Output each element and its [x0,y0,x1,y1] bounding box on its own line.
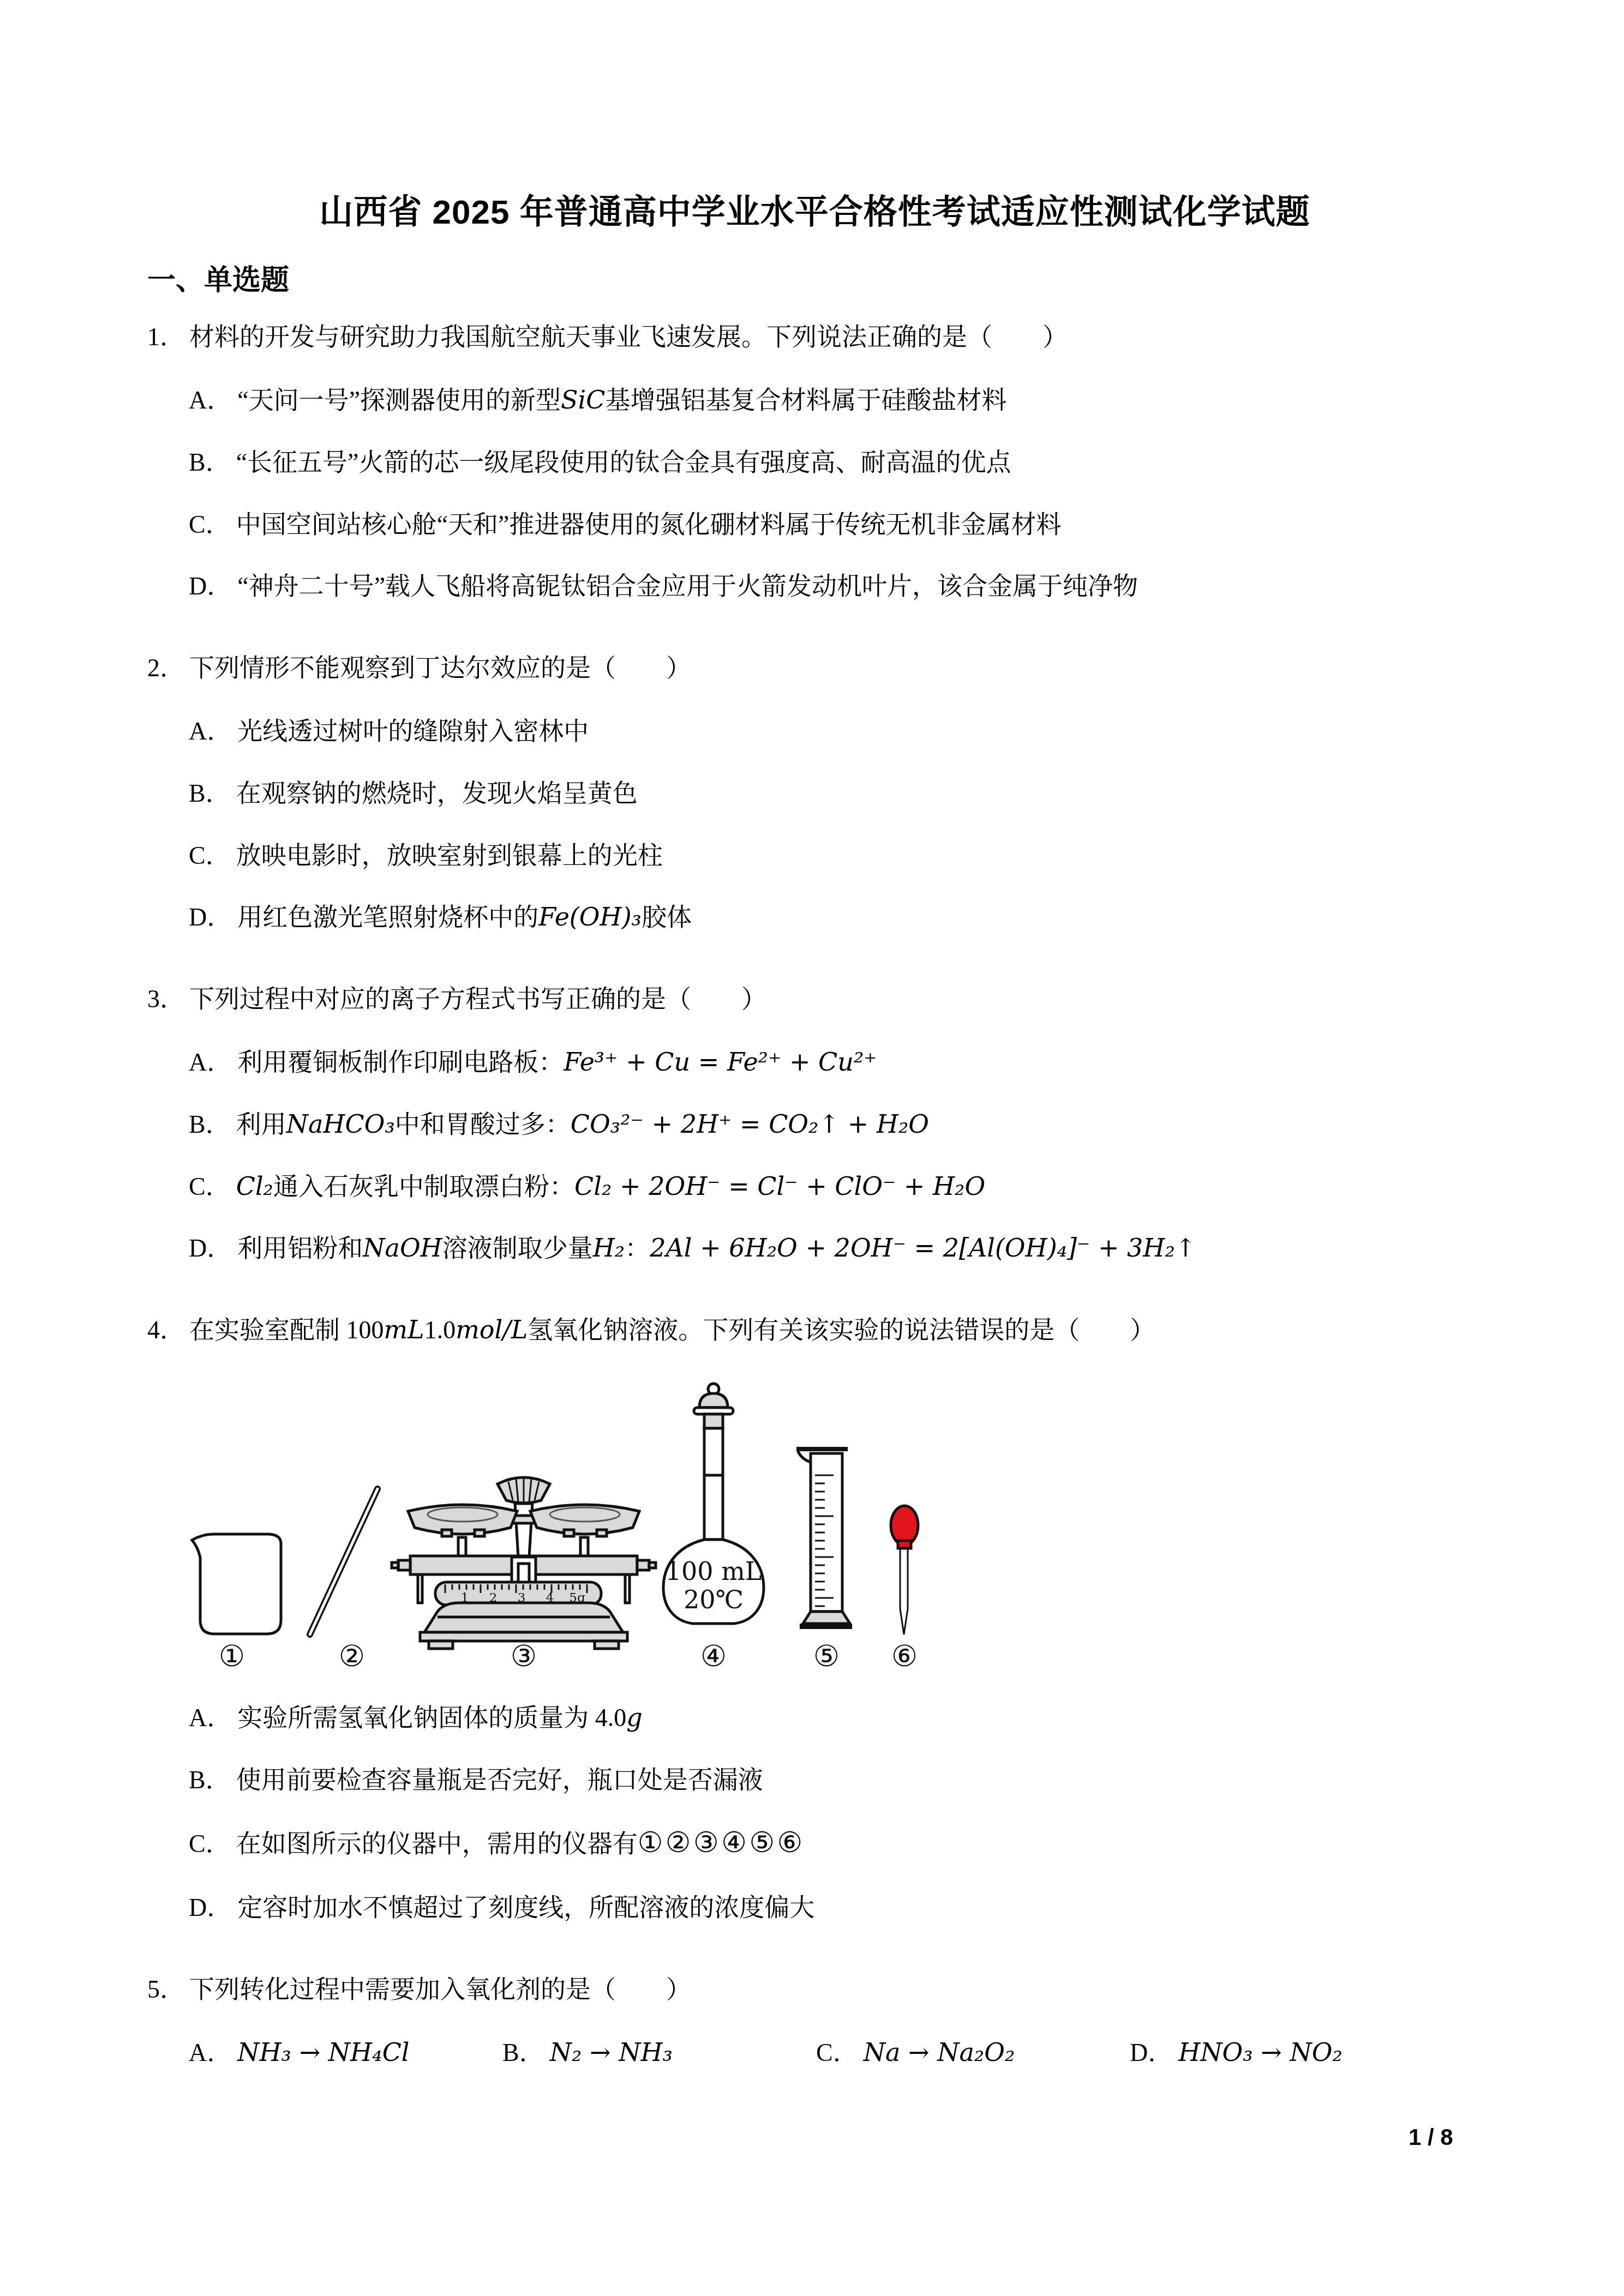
question-number: 4． [147,1316,185,1344]
question-3-option-d: D．利用铝粉和NaOH溶液制取少量H₂：2Al + 6H₂O + 2OH⁻ = … [189,1232,1482,1265]
ionic-equation: Cl₂ + 2OH⁻ = Cl⁻ + ClO⁻ + H₂O [574,1171,985,1201]
option-text: 利用覆铜板制作印刷电路板： [237,1048,564,1076]
option-text: “长征五号”火箭的芯一级尾段使用的钛合金具有强度高、耐高温的优点 [236,448,1011,476]
option-text: “天问一号”探测器使用的新型 [237,386,561,414]
option-text: 溶液制取少量 [442,1234,593,1262]
stem-text: 在实验室配制 100 [189,1316,384,1344]
formula: SiC [561,385,605,414]
option-label: B． [189,448,231,476]
question-3: 3．下列过程中对应的离子方程式书写正确的是（ ） A．利用覆铜板制作印刷电路板：… [147,983,1482,1265]
question-4-option-a: A．实验所需氢氧化钠固体的质量为 4.0g [189,1702,1482,1734]
option-text: 在观察钠的燃烧时，发现火焰呈黄色 [236,779,638,807]
flask-volume-label: 100 mL [666,1556,762,1586]
option-label: A． [189,717,232,745]
question-number: 2． [147,654,185,682]
page-number: 1 / 8 [1409,2123,1453,2153]
option-label: D． [189,903,232,931]
question-1-option-c: C．中国空间站核心舱“天和”推进器使用的氮化硼材料属于传统无机非金属材料 [189,508,1482,541]
glass-rod [310,1489,377,1634]
question-4: 4．在实验室配制 100mL1.0mol/L氢氧化钠溶液。下列有关该实验的说法错… [147,1314,1482,1924]
apparatus-figure-wrap: 1 2 3 4 5g [164,1377,1482,1685]
question-3-stem: 3．下列过程中对应的离子方程式书写正确的是（ ） [147,983,1482,1015]
option-label: B． [502,2039,544,2066]
option-label: D． [189,1234,232,1262]
question-2-stem: 2．下列情形不能观察到丁达尔效应的是（ ） [147,652,1482,684]
question-3-option-b: B．利用NaHCO₃中和胃酸过多：CO₃²⁻ + 2H⁺ = CO₂↑ + H₂… [189,1108,1482,1141]
item-label-3: ③ [511,1639,537,1673]
question-2-option-a: A．光线透过树叶的缝隙射入密林中 [189,715,1482,748]
stem-text: 材料的开发与研究助力我国航空航天事业飞速发展。下列说法正确的是（ ） [189,323,1068,351]
question-3-option-c: C．Cl₂通入石灰乳中制取漂白粉：Cl₂ + 2OH⁻ = Cl⁻ + ClO⁻… [189,1170,1482,1203]
option-text: ： [625,1234,650,1262]
option-text: 光线透过树叶的缝隙射入密林中 [237,717,589,745]
question-3-option-a: A．利用覆铜板制作印刷电路板：Fe³⁺ + Cu = Fe²⁺ + Cu²⁺ [189,1046,1482,1079]
question-4-option-c: C．在如图所示的仪器中，需用的仪器有①②③④⑤⑥ [189,1825,1482,1862]
option-text: 用红色激光笔照射烧杯中的 [237,903,538,931]
stem-text: 下列过程中对应的离子方程式书写正确的是（ ） [189,985,766,1013]
question-5-option-b: B．N₂ → NH₃ [502,2036,816,2069]
question-1-stem: 1．材料的开发与研究助力我国航空航天事业飞速发展。下列说法正确的是（ ） [147,321,1482,353]
question-4-option-d: D．定容时加水不慎超过了刻度线，所配溶液的浓度偏大 [189,1891,1482,1924]
conversion-formula: N₂ → NH₃ [550,2037,673,2067]
item-label-4: ④ [700,1639,727,1673]
question-2-option-c: C．放映电影时，放映室射到银幕上的光柱 [189,839,1482,872]
question-number: 3． [147,985,185,1013]
item-label-2: ② [339,1639,365,1673]
option-text: 通入石灰乳中制取漂白粉： [273,1173,574,1200]
conversion-formula: Na → Na₂O₂ [864,2037,1015,2067]
option-label: A． [189,1048,232,1076]
stem-text: 1.0 [424,1316,456,1344]
question-5-stem: 5．下列转化过程中需要加入氧化剂的是（ ） [147,1973,1482,2006]
stem-text: 氢氧化钠溶液。下列有关该实验的说法错误的是（ ） [528,1316,1155,1344]
option-label: D． [1130,2039,1173,2066]
question-1-option-b: B．“长征五号”火箭的芯一级尾段使用的钛合金具有强度高、耐高温的优点 [189,446,1482,479]
option-text: “神舟二十号”载人飞船将高铌钛铝合金应用于火箭发动机叶片，该合金属于纯净物 [237,572,1138,600]
unit: mL [384,1315,424,1344]
option-label: C． [816,2039,858,2066]
question-5-option-c: C．Na → Na₂O₂ [816,2036,1130,2069]
option-label: D． [189,572,232,600]
question-1-option-d: D．“神舟二十号”载人飞船将高铌钛铝合金应用于火箭发动机叶片，该合金属于纯净物 [189,570,1482,603]
option-label: C． [189,842,231,869]
option-text: 中和胃酸过多： [395,1110,571,1138]
question-1-option-a: A．“天问一号”探测器使用的新型SiC基增强铝基复合材料属于硅酸盐材料 [189,384,1482,417]
ionic-equation: Fe³⁺ + Cu = Fe²⁺ + Cu²⁺ [564,1047,877,1077]
option-label: A． [189,386,232,414]
option-text: 实验所需氢氧化钠固体的质量为 4.0 [237,1704,626,1732]
question-4-stem: 4．在实验室配制 100mL1.0mol/L氢氧化钠溶液。下列有关该实验的说法错… [147,1314,1482,1347]
option-text: 使用前要检查容量瓶是否完好，瓶口处是否漏液 [236,1766,763,1794]
option-text: 利用 [236,1110,286,1138]
question-number: 1． [147,323,185,351]
question-4-option-b: B．使用前要检查容量瓶是否完好，瓶口处是否漏液 [189,1764,1482,1796]
option-text: 基增强铝基复合材料属于硅酸盐材料 [606,386,1007,414]
option-label: B． [189,1110,231,1138]
option-text: 胶体 [642,903,692,931]
question-5: 5．下列转化过程中需要加入氧化剂的是（ ） A．NH₃ → NH₄Cl B．N₂… [147,1973,1482,2069]
question-1: 1．材料的开发与研究助力我国航空航天事业飞速发展。下列说法正确的是（ ） A．“… [147,321,1482,603]
stem-text: 下列转化过程中需要加入氧化剂的是（ ） [189,1975,691,2003]
question-2-option-b: B．在观察钠的燃烧时，发现火焰呈黄色 [189,777,1482,810]
exam-page: 山西省 2025 年普通高中学业水平合格性考试适应性测试化学试题 一、单选题 1… [0,0,1624,2296]
question-5-option-d: D．HNO₃ → NO₂ [1130,2036,1343,2069]
option-text: 利用铝粉和 [237,1234,363,1262]
item-label-1: ① [219,1639,245,1673]
option-label: B． [189,779,231,807]
page-content: 山西省 2025 年普通高中学业水平合格性考试适应性测试化学试题 一、单选题 1… [0,0,1624,2069]
option-label: A． [189,2039,232,2066]
question-number: 5． [147,1975,185,2003]
option-text: 在如图所示的仪器中，需用的仪器有 [236,1830,638,1858]
circled-numbers: ①②③④⑤⑥ [638,1828,805,1859]
option-label: C． [189,1830,231,1858]
option-label: C． [189,510,231,538]
dropper [891,1506,918,1634]
item-label-6: ⑥ [891,1639,918,1673]
option-label: B． [189,1766,231,1794]
question-5-options-row: A．NH₃ → NH₄Cl B．N₂ → NH₃ C．Na → Na₂O₂ D．… [189,2036,1482,2069]
formula: NaHCO₃ [286,1109,395,1139]
ionic-equation: 2Al + 6H₂O + 2OH⁻ = 2[Al(OH)₄]⁻ + 3H₂↑ [650,1233,1196,1263]
beaker [192,1534,281,1634]
volumetric-flask: 100 mL 20℃ [663,1384,764,1624]
question-2: 2．下列情形不能观察到丁达尔效应的是（ ） A．光线透过树叶的缝隙射入密林中 B… [147,652,1482,934]
question-5-option-a: A．NH₃ → NH₄Cl [189,2036,502,2069]
item-label-5: ⑤ [813,1639,840,1673]
formula: Fe(OH)₃ [538,902,642,931]
page-title: 山西省 2025 年普通高中学业水平合格性考试适应性测试化学试题 [147,191,1482,235]
unit: g [626,1703,642,1732]
formula: NaOH [363,1233,442,1263]
apparatus-figure: 1 2 3 4 5g [164,1377,955,1677]
formula: Cl₂ [236,1171,273,1201]
option-text: 中国空间站核心舱“天和”推进器使用的氮化硼材料属于传统无机非金属材料 [236,510,1062,538]
formula: H₂ [593,1233,625,1263]
graduated-cylinder [796,1449,852,1629]
option-text: 定容时加水不慎超过了刻度线，所配溶液的浓度偏大 [237,1894,814,1921]
option-label: A． [189,1704,232,1732]
section-heading: 一、单选题 [147,262,1482,299]
flask-temperature-label: 20℃ [684,1585,744,1614]
balance: 1 2 3 4 5g [392,1477,656,1649]
conversion-formula: NH₃ → NH₄Cl [237,2037,409,2067]
question-2-option-d: D．用红色激光笔照射烧杯中的Fe(OH)₃胶体 [189,901,1482,934]
option-label: D． [189,1894,232,1921]
option-label: C． [189,1173,231,1200]
conversion-formula: HNO₃ → NO₂ [1178,2037,1343,2067]
option-text: 放映电影时，放映室射到银幕上的光柱 [236,842,663,869]
stem-text: 下列情形不能观察到丁达尔效应的是（ ） [189,654,691,682]
unit: mol/L [456,1315,528,1344]
ionic-equation: CO₃²⁻ + 2H⁺ = CO₂↑ + H₂O [571,1109,929,1139]
